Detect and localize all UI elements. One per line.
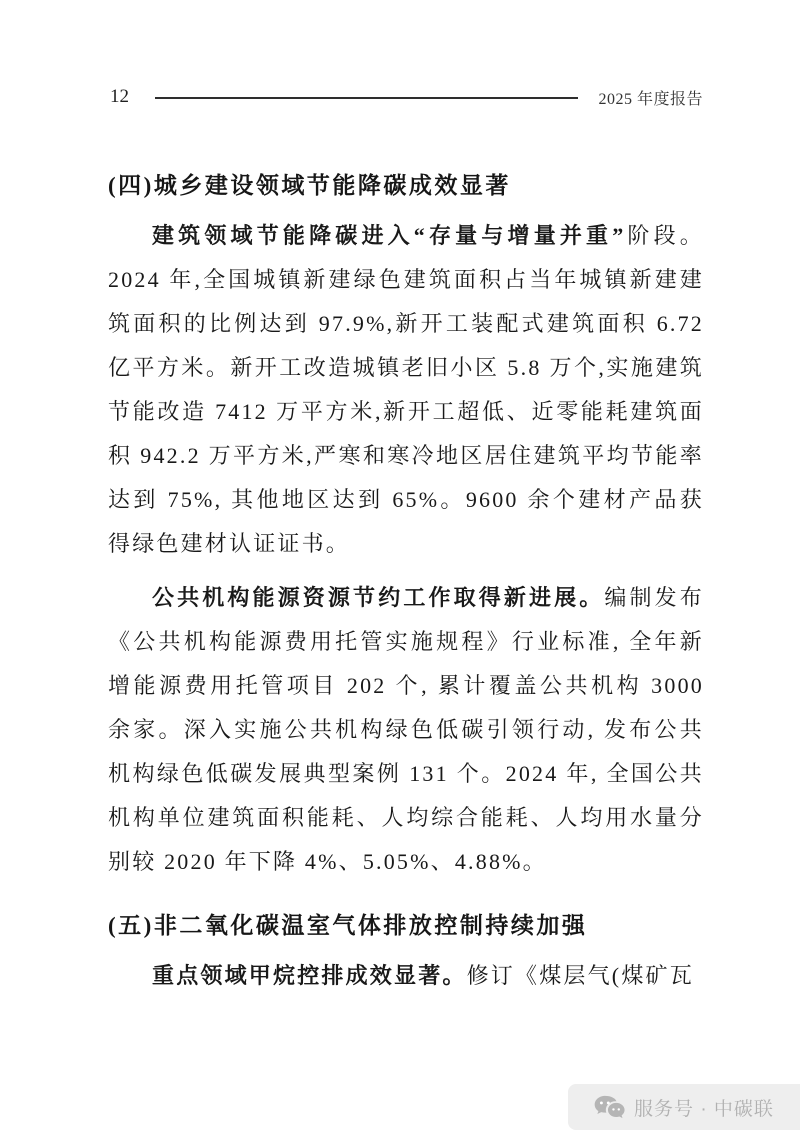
wechat-icon [594, 1094, 625, 1121]
watermark-label: 服务号 · 中碳联 [634, 1094, 774, 1121]
watermark-badge: 服务号 · 中碳联 [568, 1084, 800, 1130]
document-page: 12 2025 年度报告 (四)城乡建设领域节能降碳成效显著 建筑领域节能降碳进… [0, 0, 800, 1130]
section-heading: (五)非二氧化碳温室气体排放控制持续加强 [108, 910, 704, 942]
page-header: 12 2025 年度报告 [110, 84, 703, 110]
paragraph-body: 阶段。2024 年,全国城镇新建绿色建筑面积占当年城镇新建建筑面积的比例达到 9… [108, 223, 704, 556]
paragraph: 重点领域甲烷控排成效显著。修订《煤层气(煤矿瓦 [108, 954, 704, 998]
paragraph: 建筑领域节能降碳进入“存量与增量并重”阶段。2024 年,全国城镇新建绿色建筑面… [108, 214, 704, 566]
document-content: (四)城乡建设领域节能降碳成效显著 建筑领域节能降碳进入“存量与增量并重”阶段。… [108, 154, 704, 1008]
report-title: 2025 年度报告 [598, 86, 703, 109]
paragraph-lead: 建筑领域节能降碳进入“存量与增量并重” [152, 223, 625, 248]
section-5: (五)非二氧化碳温室气体排放控制持续加强 重点领域甲烷控排成效显著。修订《煤层气… [108, 910, 704, 998]
paragraph-body: 修订《煤层气(煤矿瓦 [467, 963, 694, 988]
paragraph-body: 编制发布《公共机构能源费用托管实施规程》行业标准, 全年新增能源费用托管项目 2… [108, 585, 704, 874]
page-number: 12 [110, 84, 129, 110]
paragraph-lead: 公共机构能源资源节约工作取得新进展。 [152, 585, 604, 610]
paragraph: 公共机构能源资源节约工作取得新进展。编制发布《公共机构能源费用托管实施规程》行业… [108, 576, 704, 884]
section-heading: (四)城乡建设领域节能降碳成效显著 [108, 170, 704, 202]
header-rule [155, 97, 578, 99]
paragraph-lead: 重点领域甲烷控排成效显著。 [152, 963, 467, 988]
section-4: (四)城乡建设领域节能降碳成效显著 建筑领域节能降碳进入“存量与增量并重”阶段。… [108, 170, 704, 884]
